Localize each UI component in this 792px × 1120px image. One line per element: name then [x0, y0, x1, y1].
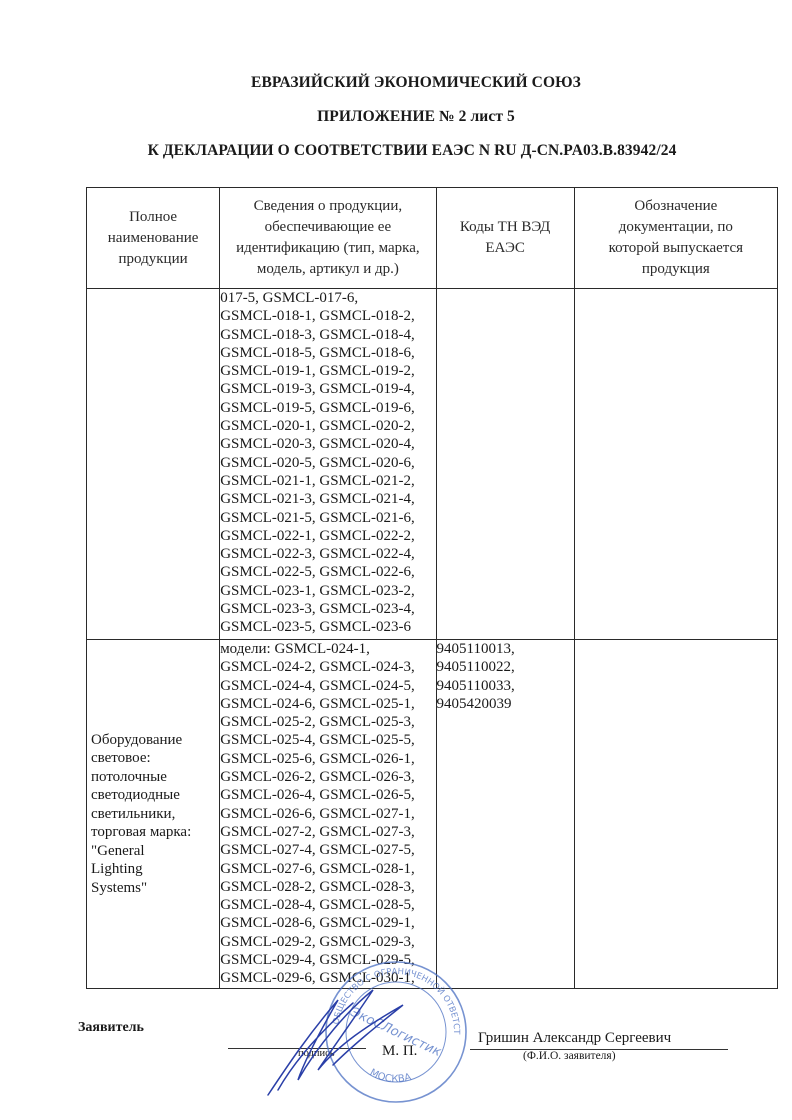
cell-line: GSMCL-024-6, GSMCL-025-1, — [220, 695, 435, 713]
documentation-cell — [574, 640, 777, 989]
cell-line: Полное — [93, 207, 213, 228]
cell-line: GSMCL-020-1, GSMCL-020-2, — [220, 417, 435, 435]
header-product-info: Сведения о продукции,обеспечивающие ееид… — [220, 188, 436, 289]
cell-line: которой выпускается — [581, 238, 771, 259]
cell-line: продукции — [93, 249, 213, 270]
cell-line: GSMCL-026-6, GSMCL-027-1, — [220, 805, 435, 823]
cell-line: GSMCL-020-3, GSMCL-020-4, — [220, 435, 435, 453]
tn-ved-codes-cell — [436, 289, 574, 640]
cell-line: GSMCL-029-4, GSMCL-029-5, — [220, 951, 435, 969]
product-models-cell: модели: GSMCL-024-1,GSMCL-024-2, GSMCL-0… — [220, 640, 436, 989]
cell-line: обеспечивающие ее — [226, 217, 429, 238]
documentation-cell — [574, 289, 777, 640]
applicant-label: Заявитель — [78, 1020, 144, 1036]
union-title: ЕВРАЗИЙСКИЙ ЭКОНОМИЧЕСКИЙ СОЮЗ — [20, 74, 792, 92]
cell-line: торговая марка: — [91, 823, 215, 842]
cell-line: ЕАЭС — [443, 238, 568, 259]
cell-line: GSMCL-027-6, GSMCL-028-1, — [220, 860, 435, 878]
product-models-cell: 017-5, GSMCL-017-6,GSMCL-018-1, GSMCL-01… — [220, 289, 436, 640]
cell-line: 9405110022, — [437, 658, 574, 676]
cell-line: GSMCL-023-3, GSMCL-023-4, — [220, 600, 435, 618]
cell-line: GSMCL-018-5, GSMCL-018-6, — [220, 344, 435, 362]
cell-line: GSMCL-024-2, GSMCL-024-3, — [220, 658, 435, 676]
cell-line: GSMCL-026-4, GSMCL-026-5, — [220, 786, 435, 804]
cell-line: документации, по — [581, 217, 771, 238]
cell-line: GSMCL-026-2, GSMCL-026-3, — [220, 768, 435, 786]
cell-line: GSMCL-021-3, GSMCL-021-4, — [220, 490, 435, 508]
cell-line: модели: GSMCL-024-1, — [220, 640, 435, 658]
cell-line: GSMCL-027-4, GSMCL-027-5, — [220, 841, 435, 859]
tn-ved-codes-cell: 9405110013,9405110022,9405110033,9405420… — [436, 640, 574, 989]
cell-line: Systems" — [91, 879, 215, 898]
cell-line: Обозначение — [581, 196, 771, 217]
cell-line: GSMCL-021-1, GSMCL-021-2, — [220, 472, 435, 490]
cell-line: GSMCL-022-3, GSMCL-022-4, — [220, 545, 435, 563]
product-name-cell — [87, 289, 220, 640]
svg-text:МОСКВА: МОСКВА — [368, 1067, 413, 1085]
products-table: Полноенаименованиепродукции Сведения о п… — [86, 187, 778, 989]
applicant-name: Гришин Александр Сергеевич — [478, 1030, 671, 1047]
cell-line: GSMCL-018-1, GSMCL-018-2, — [220, 307, 435, 325]
cell-line: Коды ТН ВЭД — [443, 217, 568, 238]
cell-line: GSMCL-027-2, GSMCL-027-3, — [220, 823, 435, 841]
cell-line: GSMCL-020-5, GSMCL-020-6, — [220, 454, 435, 472]
header-documentation: Обозначениедокументации, покоторой выпус… — [574, 188, 777, 289]
cell-line: GSMCL-018-3, GSMCL-018-4, — [220, 326, 435, 344]
cell-line: GSMCL-019-1, GSMCL-019-2, — [220, 362, 435, 380]
table-header-row: Полноенаименованиепродукции Сведения о п… — [87, 188, 778, 289]
cell-line: GSMCL-022-5, GSMCL-022-6, — [220, 563, 435, 581]
cell-line: Сведения о продукции, — [226, 196, 429, 217]
cell-line: GSMCL-028-4, GSMCL-028-5, — [220, 896, 435, 914]
appendix-title: ПРИЛОЖЕНИЕ № 2 лист 5 — [20, 108, 792, 126]
cell-line: GSMCL-019-5, GSMCL-019-6, — [220, 399, 435, 417]
cell-line: Lighting — [91, 860, 215, 879]
cell-line: GSMCL-023-1, GSMCL-023-2, — [220, 582, 435, 600]
cell-line: 9405110013, — [437, 640, 574, 658]
cell-line: наименование — [93, 228, 213, 249]
seal-label: М. П. — [382, 1043, 417, 1060]
applicant-caption: (Ф.И.О. заявителя) — [523, 1050, 616, 1062]
cell-line: Оборудование — [91, 731, 215, 750]
cell-line: GSMCL-029-6, GSMCL-030-1, — [220, 969, 435, 987]
cell-line: светильники, — [91, 805, 215, 824]
cell-line: GSMCL-028-6, GSMCL-029-1, — [220, 914, 435, 932]
cell-line: GSMCL-022-1, GSMCL-022-2, — [220, 527, 435, 545]
cell-line: "General — [91, 842, 215, 861]
header-product-name: Полноенаименованиепродукции — [87, 188, 220, 289]
cell-line: 017-5, GSMCL-017-6, — [220, 289, 435, 307]
cell-line: модель, артикул и др.) — [226, 259, 429, 280]
cell-line: 9405110033, — [437, 677, 574, 695]
cell-line: GSMCL-025-2, GSMCL-025-3, — [220, 713, 435, 731]
cell-line: GSMCL-028-2, GSMCL-028-3, — [220, 878, 435, 896]
cell-line: GSMCL-021-5, GSMCL-021-6, — [220, 509, 435, 527]
cell-line: GSMCL-024-4, GSMCL-024-5, — [220, 677, 435, 695]
cell-line: GSMCL-025-4, GSMCL-025-5, — [220, 731, 435, 749]
cell-line: потолочные — [91, 768, 215, 787]
header-tn-ved-codes: Коды ТН ВЭДЕАЭС — [436, 188, 574, 289]
declaration-title: К ДЕКЛАРАЦИИ О СООТВЕТСТВИИ ЕАЭС N RU Д-… — [16, 142, 792, 160]
signature-caption: подпись — [298, 1048, 335, 1059]
cell-line: светодиодные — [91, 786, 215, 805]
product-name-cell: Оборудованиесветовое:потолочныесветодиод… — [87, 640, 220, 989]
cell-line: продукция — [581, 259, 771, 280]
cell-line: GSMCL-023-5, GSMCL-023-6 — [220, 618, 435, 636]
cell-line: GSMCL-019-3, GSMCL-019-4, — [220, 380, 435, 398]
cell-line: идентификацию (тип, марка, — [226, 238, 429, 259]
cell-line: GSMCL-025-6, GSMCL-026-1, — [220, 750, 435, 768]
cell-line: световое: — [91, 749, 215, 768]
cell-line: GSMCL-029-2, GSMCL-029-3, — [220, 933, 435, 951]
table-row: 017-5, GSMCL-017-6,GSMCL-018-1, GSMCL-01… — [87, 289, 778, 640]
cell-line: 9405420039 — [437, 695, 574, 713]
table-row: Оборудованиесветовое:потолочныесветодиод… — [87, 640, 778, 989]
signature-line — [228, 1048, 366, 1049]
